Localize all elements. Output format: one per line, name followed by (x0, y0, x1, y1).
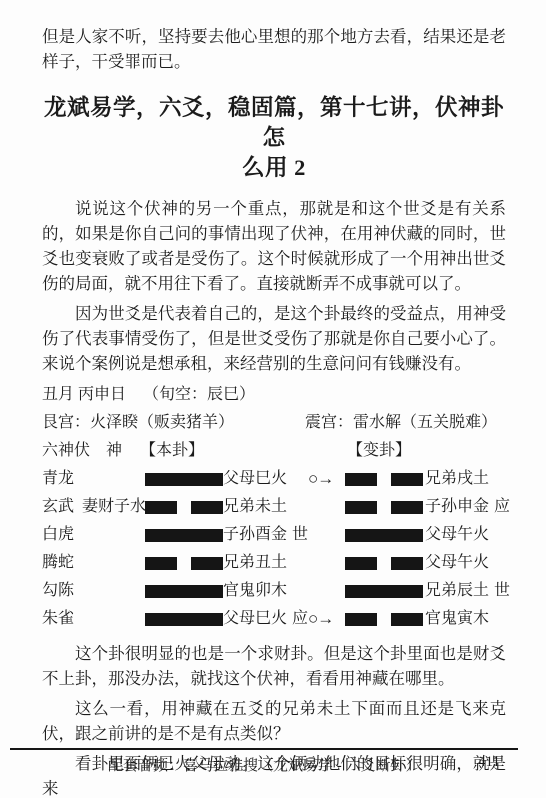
paragraph-2: 因为世爻是代表着自己的，是这个卦最终的受益点，用神受伤了代表事情受伤了，但是世爻… (42, 301, 506, 376)
shi-ying-mark: 世 (292, 526, 308, 543)
six-spirit-fushen-header: 六神伏 神 (42, 437, 122, 465)
ben-line-label: 兄弟未土 (223, 493, 292, 521)
hexagram-chart: 丑月 丙申日 （旬空：辰巳） 艮宫：火泽睽（贩卖猪羊） 震宫：雷水解（五关脱难）… (42, 381, 506, 633)
bian-palace-text: 震宫：雷水解（五关脱难） (305, 409, 497, 437)
palace-line: 艮宫：火泽睽（贩卖猪羊） 震宫：雷水解（五关脱难） (42, 409, 506, 437)
line-text: 兄弟辰土 (425, 582, 489, 599)
hexagram-row: 青龙 父母巳火 ○→ 兄弟戌土 (42, 465, 506, 493)
ben-line-label: 兄弟丑土 (223, 549, 292, 577)
date-line: 丑月 丙申日 （旬空：辰巳） (42, 381, 506, 409)
moving-line-indicator: ○→ (308, 605, 333, 633)
page-content: 但是人家不听，坚持要去他心里想的那个地方去看，结果还是老样子，干受罪而已。 龙斌… (0, 0, 546, 798)
bian-line-label: 兄弟戌土 (425, 465, 494, 493)
bian-yao-line (345, 529, 423, 542)
paragraph-3: 这个卦很明显的也是一个求财卦。但是这个卦里面也是财爻不上卦，那没办法，就找这个伏… (42, 641, 506, 691)
line-text: 官鬼寅木 (425, 610, 489, 627)
line-text: 父母巳火 (223, 470, 287, 487)
bian-yao-line (345, 613, 423, 626)
ben-palace-text: 艮宫：火泽睽（贩卖猪羊） (42, 409, 234, 437)
page-number: 411 (478, 754, 500, 771)
bian-yao-line (345, 473, 423, 486)
book-page: 但是人家不听，坚持要去他心里想的那个地方去看，结果还是老样子，干受罪而已。 龙斌… (0, 0, 546, 798)
xunkong-text: （旬空：辰巳） (143, 381, 255, 409)
bian-line-label: 子孙申金应 (425, 493, 510, 521)
six-spirit-label: 腾蛇 (42, 549, 74, 577)
shi-ying-mark: 应 (494, 498, 510, 515)
line-text: 父母巳火 (223, 610, 287, 627)
ben-yao-line (145, 473, 223, 486)
bian-yao-line (345, 585, 423, 598)
paragraph-1: 说说这个伏神的另一个重点，那就是和这个世爻是有关系的，如果是你自己问的事情出现了… (42, 196, 506, 296)
line-text: 子孙酉金 (223, 526, 287, 543)
ben-yao-line (145, 529, 223, 542)
bian-line-label: 父母午火 (425, 549, 494, 577)
ben-yao-line (145, 585, 223, 598)
ben-gua-header: 【本卦】 (140, 437, 204, 465)
line-text: 兄弟戌土 (425, 470, 489, 487)
shi-ying-mark: 应 (292, 610, 308, 627)
shi-ying-mark: 世 (494, 582, 510, 599)
ben-yao-line (145, 501, 223, 514)
ben-line-label: 子孙酉金世 (223, 521, 308, 549)
line-text: 兄弟丑土 (223, 554, 287, 571)
hexagram-row: 白虎 子孙酉金世 父母午火 (42, 521, 506, 549)
audio-info-text: 配套音频：喜马拉雅搜（龙斌易学 - 六爻断卦） (108, 754, 421, 775)
line-text: 父母午火 (425, 526, 489, 543)
bian-line-label: 官鬼寅木 (425, 605, 494, 633)
ben-yao-line (145, 557, 223, 570)
hexagram-row: 玄武 妻财子水 兄弟未土 子孙申金应 (42, 493, 506, 521)
month-day-text: 丑月 丙申日 (42, 381, 126, 409)
ben-line-label: 官鬼卯木 (223, 577, 292, 605)
hexagram-row: 朱雀 父母巳火应 ○→ 官鬼寅木 (42, 605, 506, 633)
intro-paragraph: 但是人家不听，坚持要去他心里想的那个地方去看，结果还是老样子，干受罪而已。 (42, 24, 506, 74)
six-spirit-label: 朱雀 (42, 605, 74, 633)
bian-line-label: 父母午火 (425, 521, 494, 549)
ben-line-label: 父母巳火 (223, 465, 292, 493)
hidden-spirit-label: 妻财子水 (82, 493, 146, 521)
line-text: 子孙申金 (425, 498, 489, 515)
line-text: 兄弟未土 (223, 498, 287, 515)
six-spirit-label: 玄武 (42, 493, 74, 521)
page-footer: 配套音频：喜马拉雅搜（龙斌易学 - 六爻断卦） 411 (10, 748, 518, 750)
bian-line-label: 兄弟辰土世 (425, 577, 510, 605)
bian-yao-line (345, 557, 423, 570)
six-spirit-label: 白虎 (42, 521, 74, 549)
ben-line-label: 父母巳火应 (223, 605, 308, 633)
chapter-title: 龙斌易学，六爻，稳固篇，第十七讲，伏神卦怎 么用 2 (42, 93, 506, 183)
six-spirit-label: 勾陈 (42, 577, 74, 605)
line-text: 父母午火 (425, 554, 489, 571)
hexagram-row: 勾陈 官鬼卯木 兄弟辰土世 (42, 577, 506, 605)
hexagram-row: 腾蛇 兄弟丑土 父母午火 (42, 549, 506, 577)
six-spirit-label: 青龙 (42, 465, 74, 493)
line-text: 官鬼卯木 (223, 582, 287, 599)
ben-yao-line (145, 613, 223, 626)
bian-gua-header: 【变卦】 (347, 437, 411, 465)
bian-yao-line (345, 501, 423, 514)
paragraph-4: 这么一看，用神藏在五爻的兄弟未土下面而且还是飞来克伏，跟之前讲的是不是有点类似？ (42, 696, 506, 746)
column-header-line: 六神伏 神 【本卦】 【变卦】 (42, 437, 506, 465)
moving-line-indicator: ○→ (308, 465, 333, 493)
